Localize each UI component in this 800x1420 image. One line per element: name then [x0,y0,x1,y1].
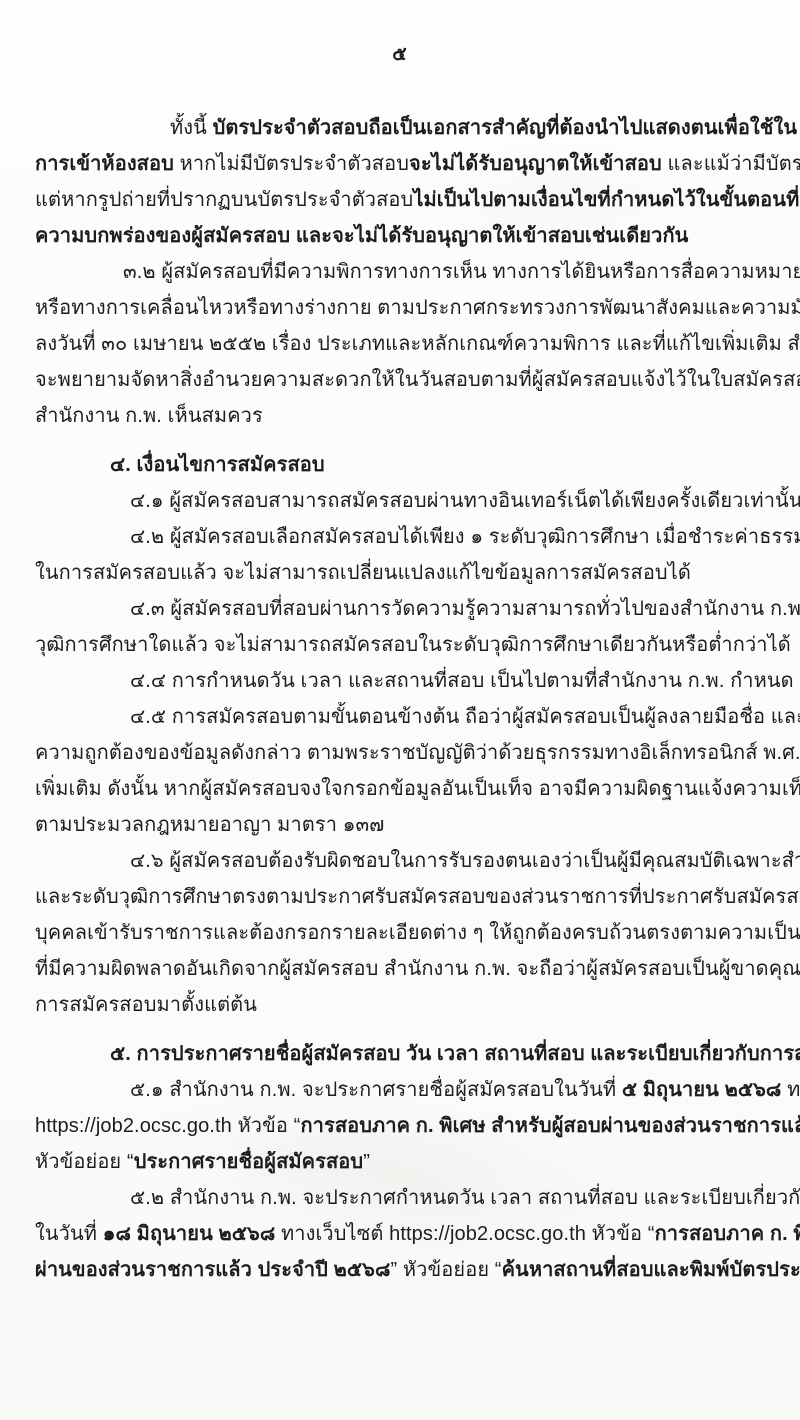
text-segment: ลงวันที่ ๓๐ เมษายน ๒๕๕๒ เรื่อง ประเภทและ… [35,333,800,355]
paragraph-line: วุฒิการศึกษาใดแล้ว จะไม่สามารถสมัครสอบใน… [35,627,765,663]
text-segment: ทางเว็บไซต์ [781,1079,800,1101]
paragraph-line: ที่มีความผิดพลาดอันเกิดจากผู้สมัครสอบ สำ… [35,951,765,987]
paragraph-line: ในการสมัครสอบแล้ว จะไม่สามารถเปลี่ยนแปลง… [35,555,765,591]
text-segment: ๑๘ มิถุนายน ๒๕๖๘ [103,1223,276,1245]
text-segment: ประกาศรายชื่อผู้สมัครสอบ [134,1151,364,1173]
list-item-line: ๕.๑ สำนักงาน ก.พ. จะประกาศรายชื่อผู้สมัค… [35,1072,765,1108]
text-segment: ๔.๑ ผู้สมัครสอบสามารถสมัครสอบผ่านทางอินเ… [130,490,800,512]
text-segment: แต่หากรูปถ่ายที่ปรากฏบนบัตรประจำตัวสอบ [35,189,413,211]
paragraph-line: จะพยายามจัดหาสิ่งอำนวยความสะดวกให้ในวันส… [35,362,765,398]
text-segment: ๕.๒ สำนักงาน ก.พ. จะประกาศกำหนดวัน เวลา … [130,1187,800,1209]
text-segment: https://job2.ocsc.go.th หัวข้อ “ [35,1115,300,1137]
text-segment: เพิ่มเติม ดังนั้น หากผู้สมัครสอบจงใจกรอก… [35,778,800,800]
paragraph-line: บุคคลเข้ารับราชการและต้องกรอกรายละเอียดต… [35,915,765,951]
text-segment: ผ่านของส่วนราชการแล้ว ประจำปี ๒๕๖๘ [35,1259,390,1281]
text-segment: การสอบภาค ก. พิเศษ สำหรับผู้สอบผ่านของส่… [300,1115,800,1137]
paragraph-line: ทั้งนี้ บัตรประจำตัวสอบถือเป็นเอกสารสำคั… [35,110,765,146]
paragraph-line: สำนักงาน ก.พ. เห็นสมควร [35,398,765,434]
text-segment: ๔.๔ การกำหนดวัน เวลา และสถานที่สอบ เป็นไ… [130,670,794,692]
text-segment: ๕ มิถุนายน ๒๕๖๘ [622,1079,782,1101]
text-segment: หรือทางการเคลื่อนไหวหรือทางร่างกาย ตามปร… [35,297,800,319]
text-segment: ความถูกต้องของข้อมูลดังกล่าว ตามพระราชบั… [35,742,800,764]
text-segment: บัตรประจำตัวสอบถือเป็นเอกสารสำคัญที่ต้อง… [213,117,798,139]
paragraph-line: ความบกพร่องของผู้สมัครสอบ และจะไม่ได้รับ… [35,218,765,254]
list-item-line: ๔.๒ ผู้สมัครสอบเลือกสมัครสอบได้เพียง ๑ ร… [35,519,765,555]
paragraph-line: https://job2.ocsc.go.th หัวข้อ “การสอบภา… [35,1108,765,1144]
text-segment: ๕. การประกาศรายชื่อผู้สมัครสอบ วัน เวลา … [110,1043,800,1065]
text-segment: ที่มีความผิดพลาดอันเกิดจากผู้สมัครสอบ สำ… [35,958,800,980]
text-segment: ทางเว็บไซต์ https://job2.ocsc.go.th หัวข… [275,1223,654,1245]
section-heading: ๔. เงื่อนไขการสมัครสอบ [35,447,765,483]
text-segment: ” [363,1151,370,1173]
paragraph-line: ผ่านของส่วนราชการแล้ว ประจำปี ๒๕๖๘” หัวข… [35,1252,765,1288]
list-item-line: ๔.๓ ผู้สมัครสอบที่สอบผ่านการวัดความรู้คว… [35,591,765,627]
paragraph-line: เพิ่มเติม ดังนั้น หากผู้สมัครสอบจงใจกรอก… [35,771,765,807]
paragraph-line: ลงวันที่ ๓๐ เมษายน ๒๕๕๒ เรื่อง ประเภทและ… [35,326,765,362]
document-body: ทั้งนี้ บัตรประจำตัวสอบถือเป็นเอกสารสำคั… [35,110,765,1288]
text-segment: ตามประมวลกฎหมายอาญา มาตรา ๑๓๗ [35,814,384,836]
text-segment: ๔.๓ ผู้สมัครสอบที่สอบผ่านการวัดความรู้คว… [130,598,800,620]
list-item-line: ๕.๒ สำนักงาน ก.พ. จะประกาศกำหนดวัน เวลา … [35,1180,765,1216]
text-segment: บุคคลเข้ารับราชการและต้องกรอกรายละเอียดต… [35,922,800,944]
list-item-line: ๔.๖ ผู้สมัครสอบต้องรับผิดชอบในการรับรองต… [35,843,765,879]
text-segment: การเข้าห้องสอบ [35,153,180,175]
text-segment: สำนักงาน ก.พ. เห็นสมควร [35,405,263,427]
text-segment: การสอบภาค ก. พิเศษ สำหรับผู้สอบ [655,1223,800,1245]
text-segment: ๔. เงื่อนไขการสมัครสอบ [110,454,325,476]
text-segment: ความบกพร่องของผู้สมัครสอบ และจะไม่ได้รับ… [35,225,688,247]
text-segment: และระดับวุฒิการศึกษาตรงตามประกาศรับสมัคร… [35,886,800,908]
paragraph-line: การเข้าห้องสอบ หากไม่มีบัตรประจำตัวสอบจะ… [35,146,765,182]
paragraph-line: ในวันที่ ๑๘ มิถุนายน ๒๕๖๘ ทางเว็บไซต์ ht… [35,1216,765,1252]
section-heading: ๕. การประกาศรายชื่อผู้สมัครสอบ วัน เวลา … [35,1036,765,1072]
text-segment: ๓.๒ ผู้สมัครสอบที่มีความพิการทางการเห็น … [123,261,800,283]
scanned-document-page: ๕ ทั้งนี้ บัตรประจำตัวสอบถือเป็นเอกสารสำ… [0,0,800,1420]
text-segment: หากไม่มีบัตรประจำตัวสอบ [180,153,409,175]
text-segment: วุฒิการศึกษาใดแล้ว จะไม่สามารถสมัครสอบใน… [35,634,791,656]
text-segment: การสมัครสอบมาตั้งแต่ต้น [35,994,257,1016]
text-segment: ” หัวข้อย่อย “ [390,1259,501,1281]
paragraph-line: ความถูกต้องของข้อมูลดังกล่าว ตามพระราชบั… [35,735,765,771]
text-segment: ไม่เป็นไปตามเงื่อนไขที่กำหนดไว้ในขั้นตอน… [413,189,800,211]
paragraph-line: หัวข้อย่อย “ประกาศรายชื่อผู้สมัครสอบ” [35,1144,765,1180]
text-segment: ในการสมัครสอบแล้ว จะไม่สามารถเปลี่ยนแปลง… [35,562,691,584]
list-item-line: ๓.๒ ผู้สมัครสอบที่มีความพิการทางการเห็น … [35,254,765,290]
list-item-line: ๔.๔ การกำหนดวัน เวลา และสถานที่สอบ เป็นไ… [35,663,765,699]
text-segment: หัวข้อย่อย “ [35,1151,134,1173]
list-item-line: ๔.๕ การสมัครสอบตามขั้นตอนข้างต้น ถือว่าผ… [35,699,765,735]
paragraph-line: และระดับวุฒิการศึกษาตรงตามประกาศรับสมัคร… [35,879,765,915]
paragraph-line: ตามประมวลกฎหมายอาญา มาตรา ๑๓๗ [35,807,765,843]
text-segment: ๕.๑ สำนักงาน ก.พ. จะประกาศรายชื่อผู้สมัค… [130,1079,622,1101]
text-segment: ๔.๕ การสมัครสอบตามขั้นตอนข้างต้น ถือว่าผ… [130,706,800,728]
text-segment: ทั้งนี้ [170,117,213,139]
paragraph-line: แต่หากรูปถ่ายที่ปรากฏบนบัตรประจำตัวสอบไม… [35,182,765,218]
paragraph-line: การสมัครสอบมาตั้งแต่ต้น [35,987,765,1023]
list-item-line: ๔.๑ ผู้สมัครสอบสามารถสมัครสอบผ่านทางอินเ… [35,483,765,519]
text-segment: ในวันที่ [35,1223,103,1245]
text-segment: ๔.๒ ผู้สมัครสอบเลือกสมัครสอบได้เพียง ๑ ร… [130,526,800,548]
text-segment: ค้นหาสถานที่สอบและพิมพ์บัตรประจำตัวสอบ [502,1259,800,1281]
text-segment: จะไม่ได้รับอนุญาตให้เข้าสอบ [409,153,668,175]
page-number: ๕ [0,0,800,68]
paragraph-line: หรือทางการเคลื่อนไหวหรือทางร่างกาย ตามปร… [35,290,765,326]
text-segment: จะพยายามจัดหาสิ่งอำนวยความสะดวกให้ในวันส… [35,369,800,391]
text-segment: และแม้ว่ามีบัตรประจำตัวสอบ [668,153,800,175]
text-segment: ๔.๖ ผู้สมัครสอบต้องรับผิดชอบในการรับรองต… [130,850,800,872]
